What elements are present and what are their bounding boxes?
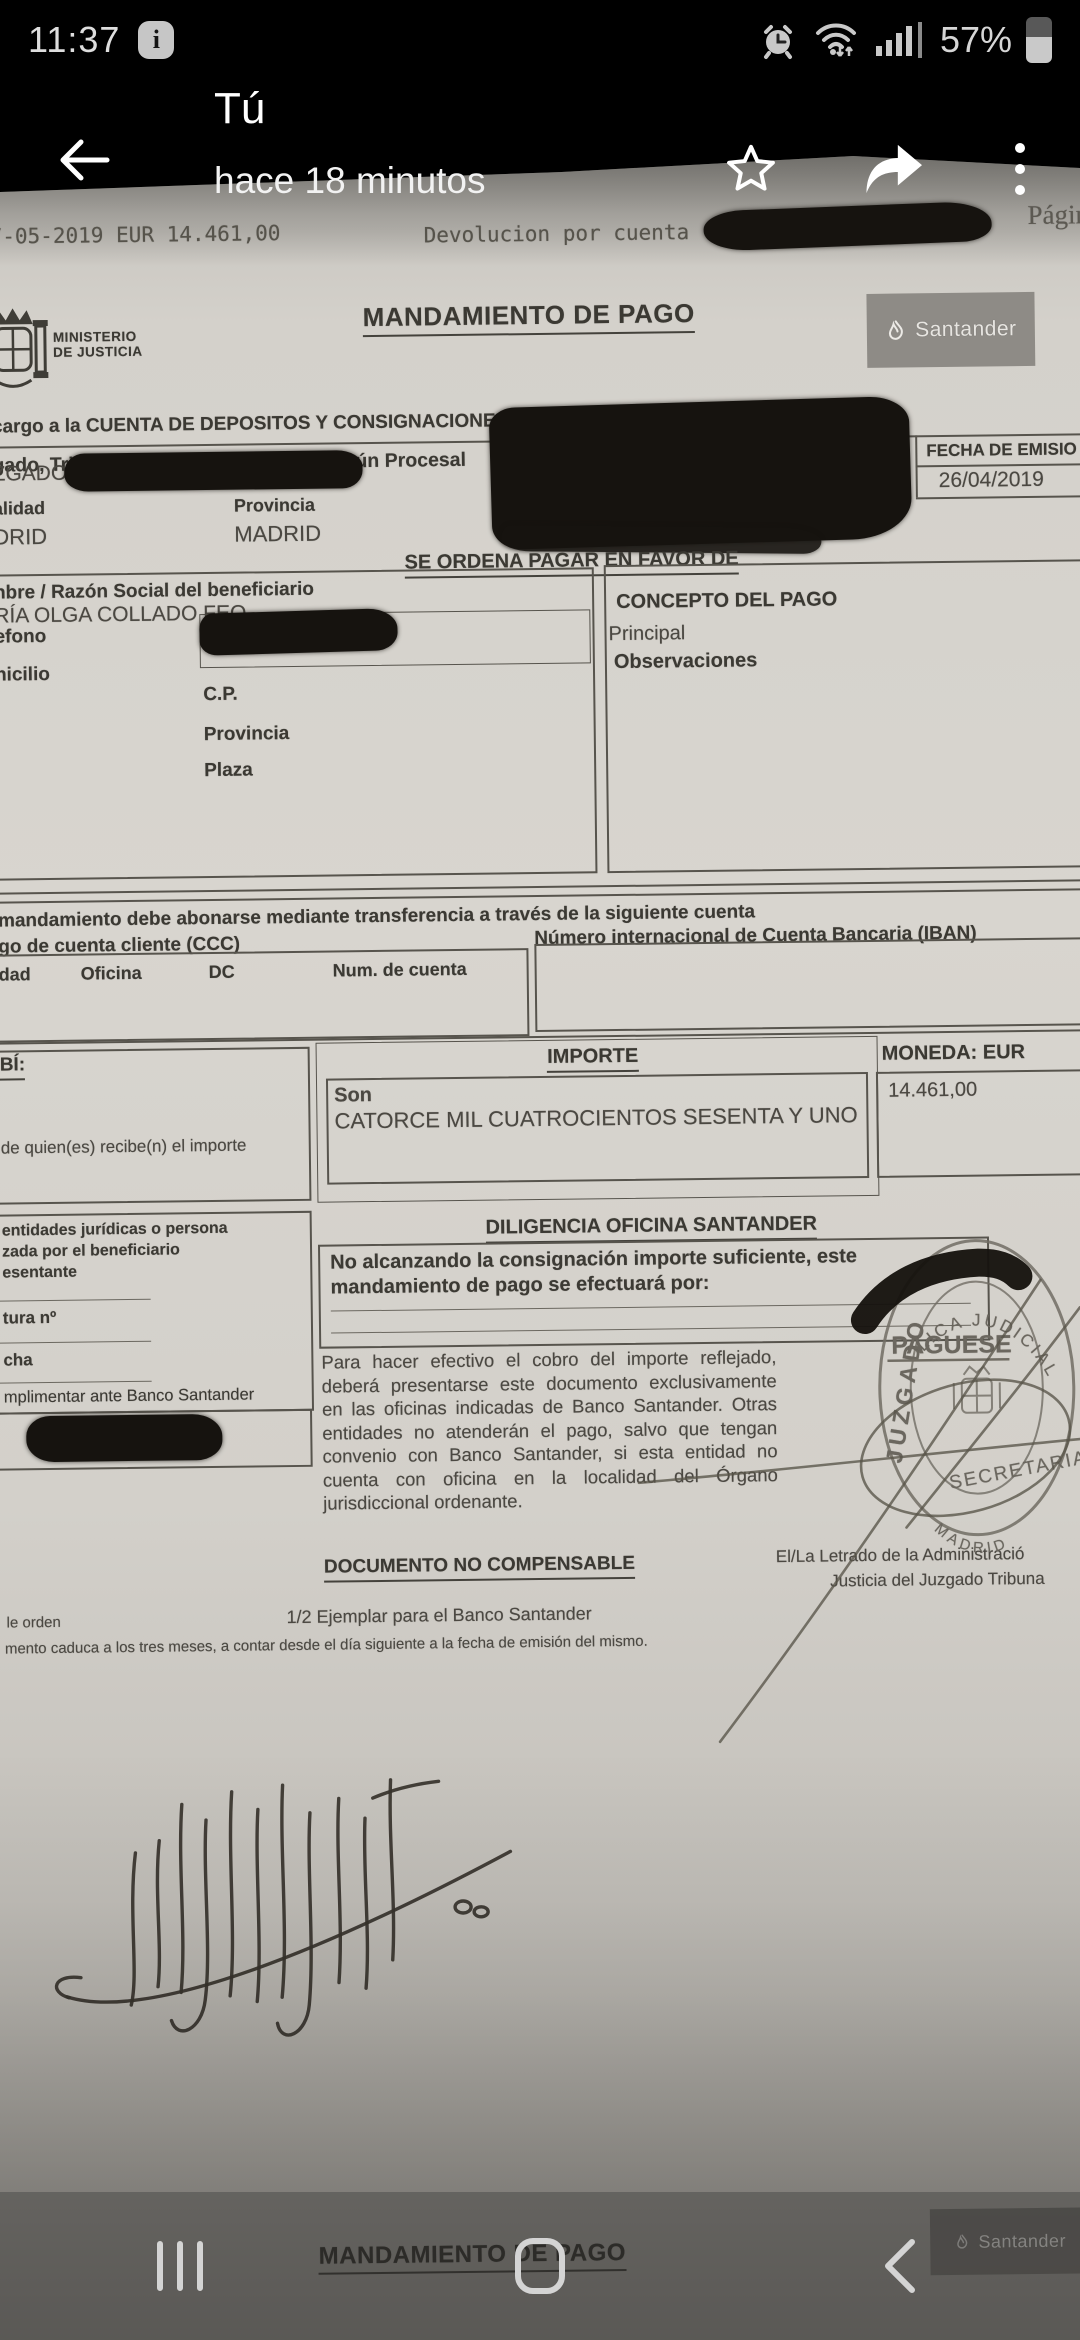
ccc-col-dc: DC <box>209 962 235 983</box>
divider <box>0 879 1080 895</box>
payment-instructions-paragraph: Para hacer efectivo el cobro del importe… <box>321 1345 778 1515</box>
battery-icon <box>1026 17 1052 63</box>
back-button[interactable] <box>44 124 124 196</box>
dot <box>1015 185 1025 195</box>
star-button[interactable] <box>716 134 786 204</box>
payment-concept-title: CONCEPTO DEL PAGO <box>616 588 837 614</box>
amount-son-label: Son <box>334 1084 372 1107</box>
ccc-col-oficina: Oficina <box>81 963 142 985</box>
santander-logo-text: Santander <box>915 317 1017 342</box>
redaction-mark <box>64 450 362 492</box>
signature-ink <box>54 1778 513 2037</box>
redaction-mark <box>703 201 992 252</box>
stamp-madrid-text: MADRID <box>931 1519 1011 1557</box>
divider <box>916 463 1080 467</box>
beneficiary-province-label: Provincia <box>204 723 290 746</box>
court-value: ZGADO <box>0 462 67 487</box>
court-stamp: LICA JUDICIAL MADRID JUZGADO PAGUESE SEC… <box>827 1181 1080 1615</box>
plaza-label: Plaza <box>204 759 253 782</box>
recents-icon <box>148 2240 212 2292</box>
beneficiary-name-label: nbre / Razón Social del beneficiario <box>0 579 314 605</box>
receipt-box <box>0 1047 311 1205</box>
ccc-col-entidad: dad <box>0 964 31 985</box>
star-icon <box>723 141 779 197</box>
emission-date-label: FECHA DE EMISIO <box>926 439 1080 461</box>
postal-code-label: C.P. <box>203 684 238 706</box>
dot <box>1015 164 1025 174</box>
left-col-line3: esentante <box>2 1260 228 1284</box>
expiry-line: mento caduca a los tres meses, a contar … <box>5 1633 648 1658</box>
observations-label: Observaciones <box>614 649 758 674</box>
order-footer-label: le orden <box>6 1614 60 1632</box>
document-title: MANDAMIENTO DE PAGO <box>362 298 695 337</box>
forward-icon <box>863 141 925 197</box>
notification-app-icon: i <box>138 21 174 59</box>
stamp-paguese-text: PAGUESE <box>891 1330 1012 1359</box>
redaction-mark <box>864 1262 1019 1320</box>
navigation-bar <box>0 2192 1080 2340</box>
locality-value: DRID <box>0 524 47 551</box>
santander-flame-icon <box>885 319 907 341</box>
back-nav-button[interactable] <box>720 2192 1080 2340</box>
timestamp-subtitle: hace 18 minutos <box>214 160 486 202</box>
svg-text:MADRID: MADRID <box>931 1519 1011 1557</box>
ccc-col-numcuenta: Num. de cuenta <box>333 959 467 982</box>
locality-label: alidad <box>0 498 45 520</box>
back-arrow-icon <box>55 136 113 184</box>
recents-button[interactable] <box>0 2192 360 2340</box>
alarm-icon <box>758 20 798 60</box>
sender-title: Tú <box>214 84 265 134</box>
date-short-label: cha <box>3 1350 33 1370</box>
copy-for-bank-line: 1/2 Ejemplar para el Banco Santander <box>286 1603 591 1628</box>
santander-logo-box: Santander <box>866 292 1035 368</box>
principal-label: Principal <box>608 622 685 646</box>
amount-value: 14.461,00 <box>888 1079 977 1103</box>
stamp-shield <box>954 1366 1001 1413</box>
iban-box <box>534 937 1080 1032</box>
stamp-secretaria-text: SECRETARIA <box>948 1447 1080 1494</box>
emission-date-value: 26/04/2019 <box>939 468 1044 493</box>
province-value: MADRID <box>234 521 321 548</box>
back-chevron-icon <box>880 2237 920 2295</box>
amount-title: IMPORTE <box>547 1045 638 1073</box>
province-label: Provincia <box>234 495 315 517</box>
dotmatrix-concept: Devolucion por cuenta <box>424 220 690 247</box>
phone-label: efono <box>0 626 46 649</box>
wifi-icon <box>812 19 860 61</box>
receipt-label: BÍ: <box>0 1054 25 1080</box>
home-icon <box>513 2236 567 2296</box>
left-col-line2: zada por el beneficiario <box>2 1239 228 1263</box>
signal-strength-icon <box>874 20 926 60</box>
forward-button[interactable] <box>856 134 932 204</box>
ministry-line2: DE JUSTICIA <box>53 344 143 360</box>
invoice-number-label: tura nº <box>3 1308 57 1329</box>
dotmatrix-date-amount: 7-05-2019 EUR 14.461,00 <box>0 221 281 249</box>
scanned-document: 7-05-2019 EUR 14.461,00 Devolucion por c… <box>0 148 1080 2340</box>
address-label: nicilio <box>0 664 50 687</box>
receipt-sub-label: de quien(es) recibe(n) el importe <box>1 1136 247 1159</box>
bank-note-label: mplimentar ante Banco Santander <box>4 1386 255 1408</box>
clock-time: 11:37 <box>28 19 120 61</box>
phone-screen: 11:37 i 57 <box>0 0 1080 2340</box>
dot <box>1015 143 1025 153</box>
redaction-mark <box>199 608 398 656</box>
battery-percent: 57% <box>940 19 1012 61</box>
home-button[interactable] <box>360 2192 720 2340</box>
divider <box>916 495 1080 499</box>
redaction-mark <box>26 1414 223 1462</box>
non-compensable-label: DOCUMENTO NO COMPENSABLE <box>324 1553 635 1583</box>
more-options-button[interactable] <box>996 130 1044 208</box>
currency-label: MONEDA: EUR <box>882 1041 1026 1066</box>
left-col-line1: entidades jurídicas o persona <box>2 1218 228 1242</box>
photo-viewer-image[interactable]: 7-05-2019 EUR 14.461,00 Devolucion por c… <box>0 148 1080 2340</box>
status-bar: 11:37 i 57 <box>0 0 1080 80</box>
